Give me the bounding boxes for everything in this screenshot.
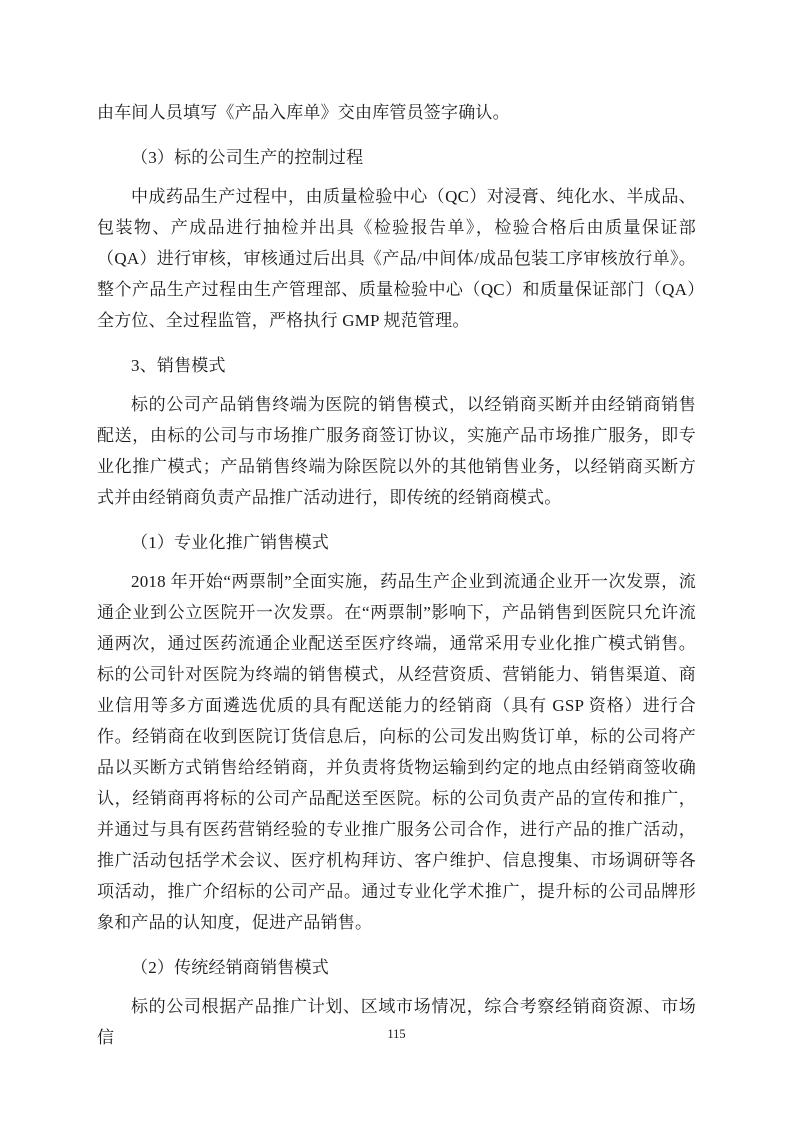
page-number: 115 bbox=[387, 1027, 405, 1041]
paragraph-warehouse-receipt-confirmation: 由车间人员填写《产品入库单》交由库管员签字确认。 bbox=[97, 97, 696, 128]
heading-professional-promotion-model: （1）专业化推广销售模式 bbox=[97, 527, 696, 558]
page-body: 由车间人员填写《产品入库单》交由库管员签字确认。 （3）标的公司生产的控制过程 … bbox=[97, 97, 696, 1053]
paragraph-sales-model-overview: 标的公司产品销售终端为医院的销售模式，以经销商买断并由经销商销售配送，由标的公司… bbox=[97, 389, 696, 513]
heading-production-control-process: （3）标的公司生产的控制过程 bbox=[97, 142, 696, 173]
document-page: 由车间人员填写《产品入库单》交由库管员签字确认。 （3）标的公司生产的控制过程 … bbox=[0, 0, 793, 1122]
page-footer: 115 bbox=[0, 1022, 793, 1046]
paragraph-professional-promotion-detail: 2018 年开始“两票制”全面实施，药品生产企业到流通企业开一次发票，流通企业到… bbox=[97, 566, 696, 938]
paragraph-quality-control-process: 中成药品生产过程中，由质量检验中心（QC）对浸膏、纯化水、半成品、包装物、产成品… bbox=[97, 181, 696, 336]
heading-sales-model: 3、销售模式 bbox=[97, 350, 696, 381]
heading-traditional-distributor-model: （2）传统经销商销售模式 bbox=[97, 952, 696, 983]
